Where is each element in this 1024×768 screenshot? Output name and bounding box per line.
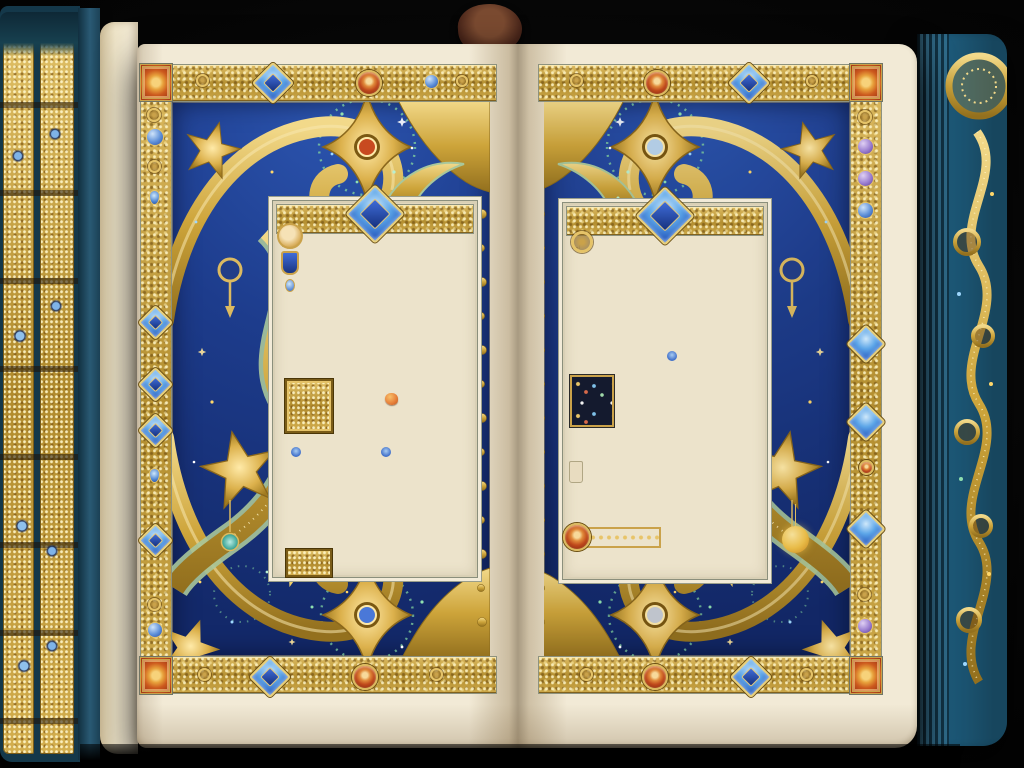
- gold-circlet: [806, 75, 818, 87]
- red-rosette: [563, 523, 591, 551]
- gold-circlet: [580, 668, 593, 681]
- gold-circlet: [858, 588, 871, 601]
- green-ornament-bar: [579, 527, 661, 548]
- gold-circlet: [800, 668, 813, 681]
- hanging-face-pendant: [275, 223, 305, 297]
- left-page-top-border: [140, 64, 497, 102]
- blue-orb-medallion: [857, 202, 874, 219]
- left-page-bottom-border: [140, 656, 497, 694]
- spine-jewels: [0, 6, 80, 762]
- gold-circlet: [198, 668, 211, 681]
- violet-orb-medallion: [857, 618, 873, 634]
- red-rosette-medallion: [356, 70, 382, 96]
- cover-hinge-gap: [78, 8, 100, 760]
- pendant-blue-shield: [281, 251, 299, 275]
- lozenge-core: [650, 201, 680, 231]
- lozenge-core: [263, 73, 284, 94]
- sun-face-corner-square: [140, 64, 172, 101]
- page-block-edge: [100, 22, 138, 754]
- left-text-panel: [272, 200, 478, 578]
- sun-face-corner-square: [850, 657, 882, 694]
- sun-face-corner-square: [140, 657, 172, 694]
- sun-face-corner-square: [850, 64, 882, 101]
- lozenge-core: [260, 667, 281, 688]
- lozenge-core: [147, 314, 164, 331]
- book-spine: [0, 6, 80, 762]
- lozenge-core: [147, 376, 164, 393]
- lozenge-core: [741, 667, 762, 688]
- lozenge-core: [147, 532, 164, 549]
- gold-filigree-square: [285, 379, 333, 433]
- small-gold-square: [286, 549, 332, 577]
- blue-orb-medallion: [147, 622, 163, 638]
- red-rosette-medallion: [859, 460, 874, 475]
- pendant-face-medallion: [277, 223, 303, 249]
- lantern-orb: [782, 526, 809, 553]
- lantern-string: [795, 504, 796, 526]
- gold-circlet: [147, 108, 161, 122]
- blue-orb-medallion: [424, 74, 439, 89]
- violet-orb-medallion: [857, 138, 874, 155]
- violet-orb-medallion: [857, 170, 874, 187]
- gold-circlet: [148, 160, 161, 173]
- spine-headcap: [0, 12, 80, 56]
- dark-illuminated-square: [570, 375, 614, 427]
- red-rosette-medallion: [644, 70, 670, 96]
- gold-circlet: [858, 110, 872, 124]
- gold-circlet: [456, 75, 468, 87]
- blue-orb-medallion: [146, 128, 164, 146]
- parchment-tag: [569, 461, 583, 483]
- book-bottom-shadow: [80, 744, 960, 768]
- gold-rosette: [571, 231, 593, 253]
- lozenge-core: [147, 422, 164, 439]
- gold-circlet: [570, 74, 583, 87]
- yellow-orb-lantern: [782, 526, 809, 556]
- photograph-of-illuminated-manuscript: [0, 0, 1024, 768]
- red-rosette-medallion: [352, 664, 378, 690]
- pendant-drop: [285, 279, 295, 292]
- blue-flower-accent: [291, 447, 301, 457]
- blue-flower-accent: [381, 447, 391, 457]
- red-rosette-medallion: [642, 664, 668, 690]
- gold-circlet: [148, 598, 161, 611]
- right-page-top-border: [538, 64, 882, 102]
- blue-flower-accent: [667, 351, 677, 361]
- cover-gold-scrollwork: [917, 34, 1007, 746]
- lozenge-core: [739, 73, 760, 94]
- back-cover-board: [917, 34, 1007, 746]
- gold-circlet: [196, 74, 209, 87]
- orange-fruit-accent: [385, 393, 398, 405]
- right-text-panel: [562, 202, 768, 580]
- lozenge-core: [360, 199, 390, 229]
- gold-circlet: [430, 668, 443, 681]
